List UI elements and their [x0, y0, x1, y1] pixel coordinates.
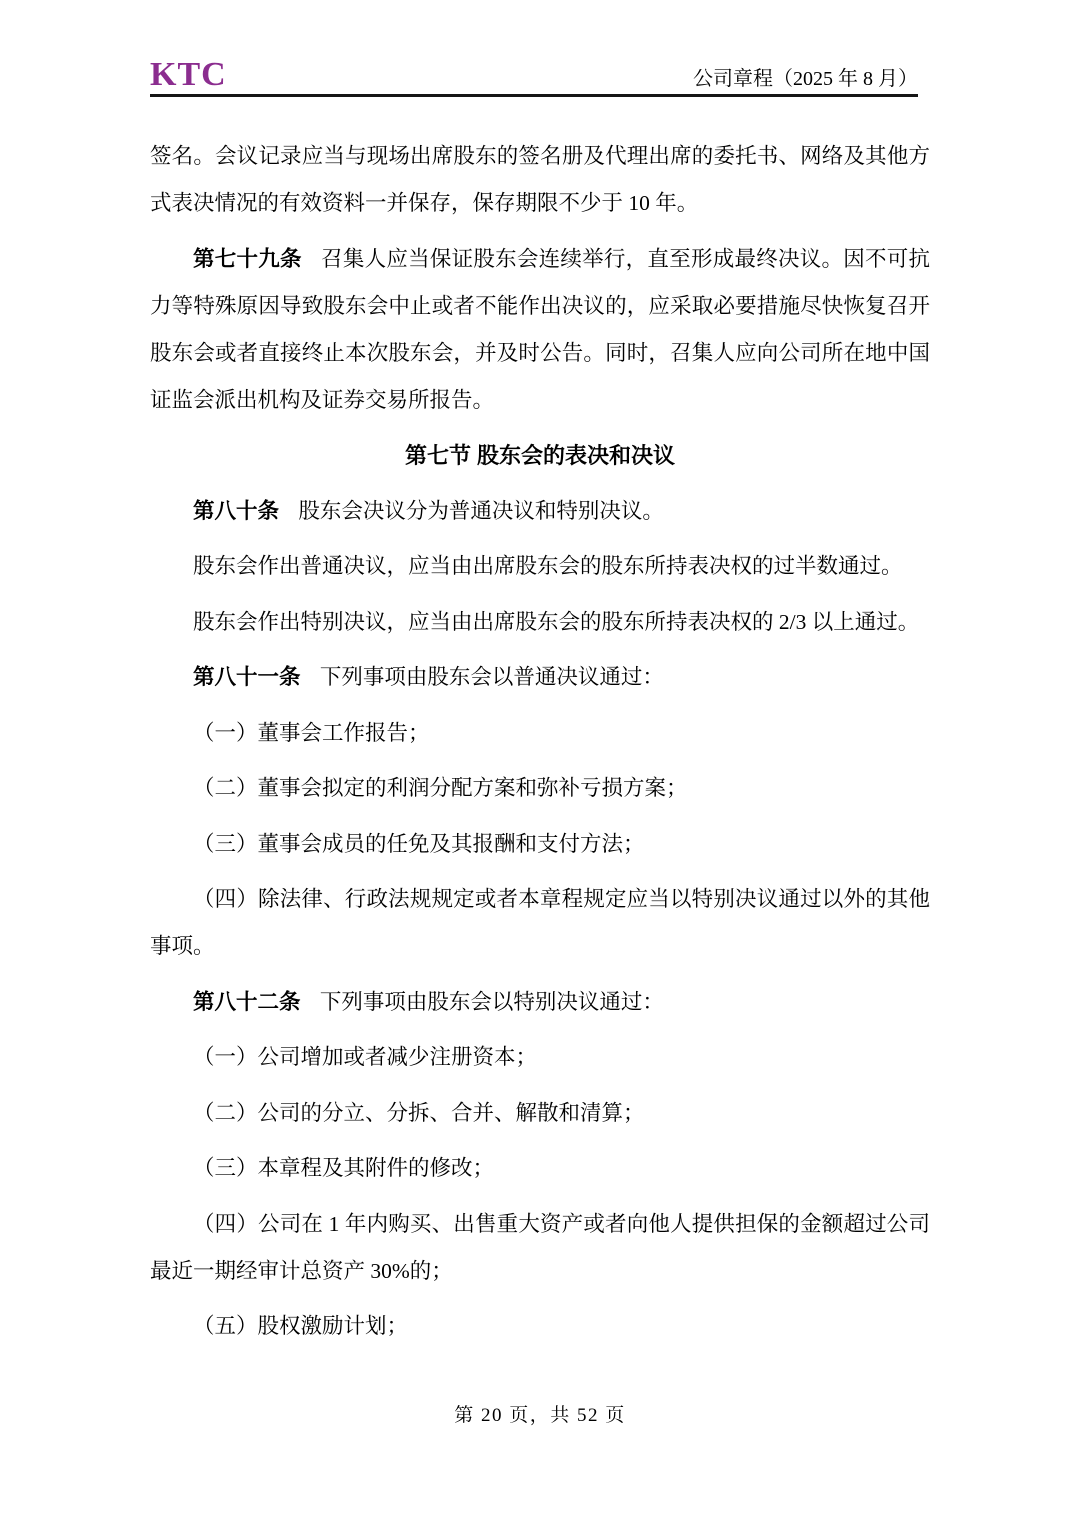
- paragraph: 第八十一条下列事项由股东会以普通决议通过：: [150, 654, 930, 701]
- article-number: 第八十一条: [193, 665, 301, 689]
- paragraph: 股东会作出普通决议，应当由出席股东会的股东所持表决权的过半数通过。: [150, 543, 930, 590]
- paragraph: （二）公司的分立、分拆、合并、解散和清算；: [150, 1090, 930, 1137]
- page-header: KTC 公司章程（2025 年 8 月）: [150, 58, 918, 97]
- paragraph: （一）董事会工作报告；: [150, 710, 930, 757]
- company-logo: KTC: [150, 58, 227, 92]
- paragraph: （一）公司增加或者减少注册资本；: [150, 1034, 930, 1081]
- page-number: 第 20 页，共 52 页: [0, 1400, 1080, 1427]
- paragraph: （四）公司在 1 年内购买、出售重大资产或者向他人提供担保的金额超过公司最近一期…: [150, 1201, 930, 1295]
- section-heading: 第七节 股东会的表决和决议: [150, 432, 930, 479]
- article-number: 第七十九条: [193, 247, 302, 271]
- document-page: KTC 公司章程（2025 年 8 月） 签名。会议记录应当与现场出席股东的签名…: [0, 0, 1080, 1527]
- paragraph: （五）股权激励计划；: [150, 1303, 930, 1350]
- paragraph: （二）董事会拟定的利润分配方案和弥补亏损方案；: [150, 765, 930, 812]
- paragraph: 股东会作出特别决议，应当由出席股东会的股东所持表决权的 2/3 以上通过。: [150, 599, 930, 646]
- paragraph: 第八十条股东会决议分为普通决议和特别决议。: [150, 488, 930, 535]
- article-number: 第八十二条: [193, 990, 301, 1014]
- paragraph: 第七十九条召集人应当保证股东会连续举行，直至形成最终决议。因不可抗力等特殊原因导…: [150, 236, 930, 424]
- article-number: 第八十条: [193, 499, 279, 523]
- paragraph: 签名。会议记录应当与现场出席股东的签名册及代理出席的委托书、网络及其他方式表决情…: [150, 133, 930, 227]
- paragraph: （三）董事会成员的任免及其报酬和支付方法；: [150, 821, 930, 868]
- paragraph: 第八十二条下列事项由股东会以特别决议通过：: [150, 979, 930, 1026]
- document-body: 签名。会议记录应当与现场出席股东的签名册及代理出席的委托书、网络及其他方式表决情…: [150, 133, 930, 1359]
- document-title: 公司章程（2025 年 8 月）: [693, 66, 918, 92]
- paragraph: （三）本章程及其附件的修改；: [150, 1145, 930, 1192]
- paragraph: （四）除法律、行政法规规定或者本章程规定应当以特别决议通过以外的其他事项。: [150, 876, 930, 970]
